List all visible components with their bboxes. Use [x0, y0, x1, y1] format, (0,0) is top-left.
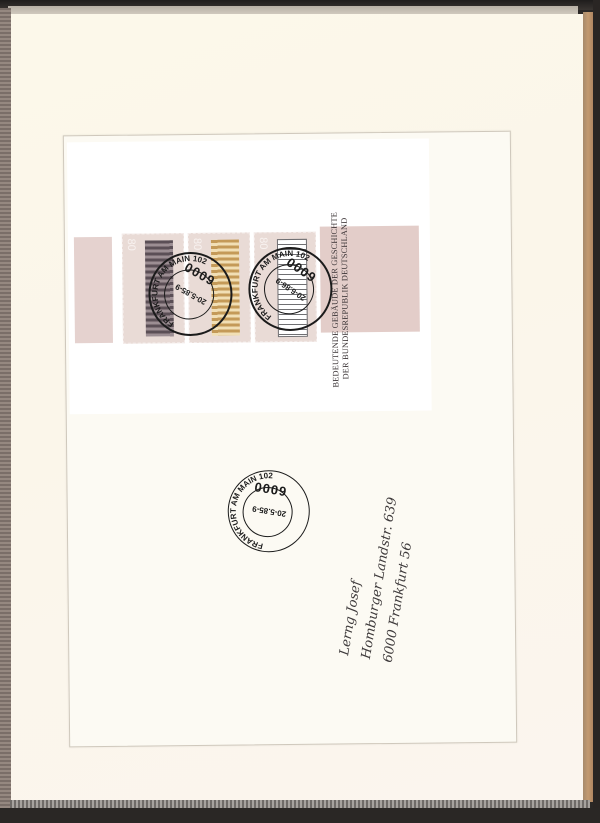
stamp-value: 80 — [257, 237, 269, 249]
envelope: 80 80 80 BEDEUTENDE GEBÄUDE DER GESCHICH… — [63, 131, 517, 748]
sheet-margin-left — [74, 237, 113, 343]
souvenir-sheet: 80 80 80 BEDEUTENDE GEBÄUDE DER GESCHICH… — [67, 139, 432, 415]
handwritten-address: Lerng Josef Homburger Landstr. 639 6000 … — [334, 492, 426, 664]
background-right — [593, 0, 600, 823]
background-bottom — [0, 808, 600, 823]
postmark-3: FRANKFURT AM MAIN 102 20-5.85-9 6000 — [222, 464, 316, 558]
binder-strip — [583, 12, 593, 802]
album-sleeve-left-edge — [0, 8, 11, 808]
sheet-title-line-2: DER BUNDESREPUBLIK DEUTSCHLAND — [340, 212, 352, 388]
sheet-title: BEDEUTENDE GEBÄUDE DER GESCHICHTE DER BU… — [330, 212, 352, 388]
stamp-value: 80 — [125, 239, 137, 251]
